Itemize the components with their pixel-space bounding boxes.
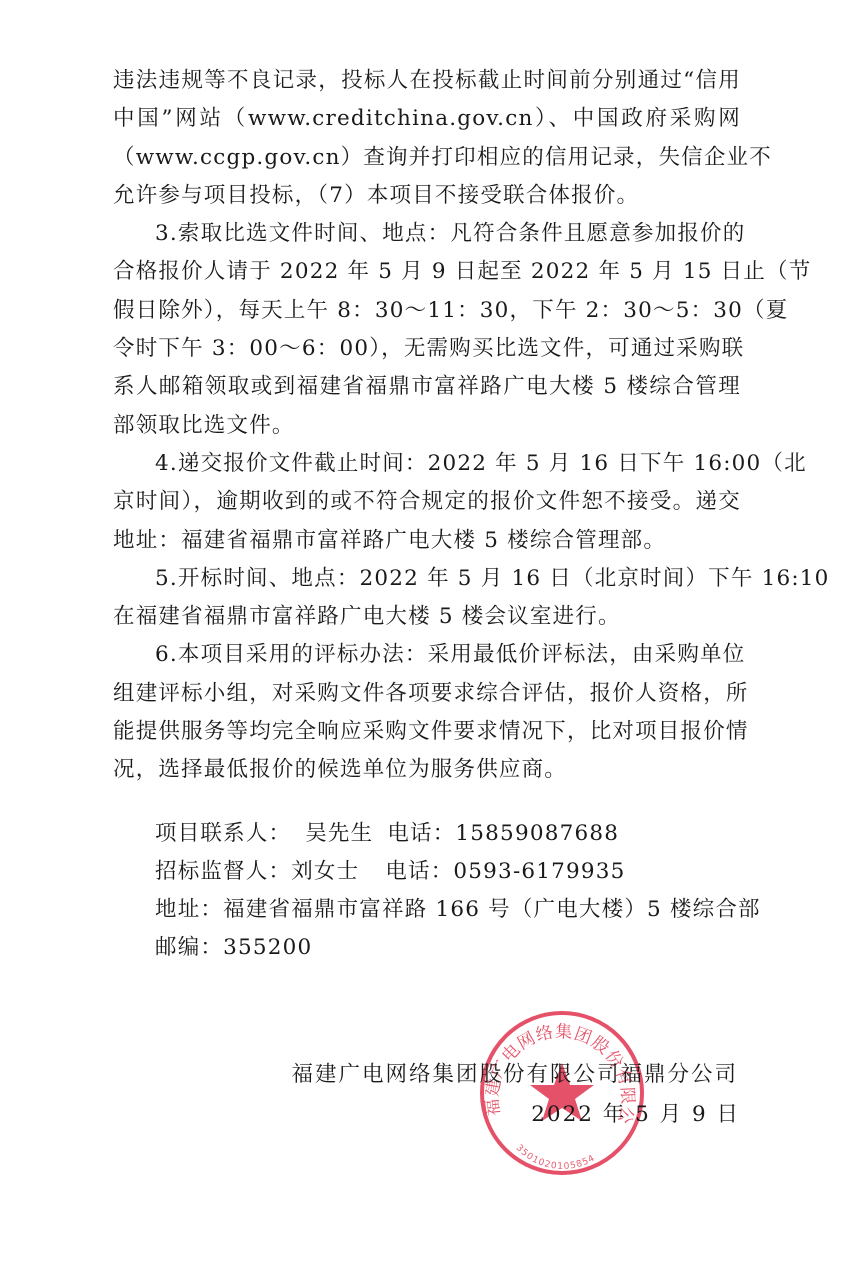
- text-line: 系人邮箱领取或到福建省福鼎市富祥路广电大楼 5 楼综合管理: [113, 368, 741, 406]
- address: 地址：福建省福鼎市富祥路 166 号（广电大楼）5 楼综合部: [155, 891, 761, 929]
- supervisor-name: 刘女士: [291, 859, 359, 884]
- text-line: 合格报价人请于 2022 年 5 月 9 日起至 2022 年 5 月 15 日…: [113, 253, 741, 291]
- text-line: 能提供服务等均完全响应采购文件要求情况下，比对项目报价情: [113, 713, 741, 751]
- postcode-value: 355200: [223, 935, 312, 960]
- text-line: （www.ccgp.gov.cn）查询并打印相应的信用记录，失信企业不: [113, 139, 741, 177]
- document-body: 违法违规等不良记录，投标人在投标截止时间前分别通过“信用 中国”网站（www.c…: [113, 62, 741, 790]
- project-contact-label: 项目联系人：: [155, 821, 291, 846]
- section-6-heading: 6.本项目采用的评标办法：采用最低价评标法，由采购单位: [113, 636, 741, 674]
- svg-text:3501020105854: 3501020105854: [514, 1143, 597, 1172]
- postcode: 邮编：355200: [155, 929, 312, 967]
- text-line: 组建评标小组，对采购文件各项要求综合评估，报价人资格，所: [113, 675, 741, 713]
- company-seal-icon: 福建广电网络集团股份有限公司福鼎分公司 3501020105854: [470, 1005, 650, 1180]
- text-line: 京时间），逾期收到的或不符合规定的报价文件恕不接受。递交: [113, 483, 741, 521]
- supervisor-label: 招标监督人：: [155, 859, 291, 884]
- postcode-label: 邮编：: [155, 935, 223, 960]
- text-line: 违法违规等不良记录，投标人在投标截止时间前分别通过“信用: [113, 62, 741, 100]
- text-line: 假日除外），每天上午 8：30～11：30，下午 2：30～5：30（夏: [113, 292, 741, 330]
- supervisor-phone: 0593-6179935: [453, 859, 625, 884]
- text-line: 令时下午 3：00～6：00），无需购买比选文件，可通过采购联: [113, 330, 741, 368]
- supervisor-contact: 招标监督人：刘女士电话：0593-6179935: [155, 853, 626, 891]
- text-line: 允许参与项目投标，（7）本项目不接受联合体报价。: [113, 177, 741, 215]
- address-label: 地址：: [155, 897, 223, 922]
- text-line: 地址：福建省福鼎市富祥路广电大楼 5 楼综合管理部。: [113, 522, 741, 560]
- text-line: 部领取比选文件。: [113, 407, 741, 445]
- signature-date: 2022 年 5 月 9 日: [531, 1097, 740, 1128]
- section-3-heading: 3.索取比选文件时间、地点：凡符合条件且愿意参加报价的: [113, 215, 741, 253]
- signature-company: 福建广电网络集团股份有限公司福鼎分公司: [291, 1057, 738, 1088]
- text-line: 中国”网站（www.creditchina.gov.cn）、中国政府采购网: [113, 100, 741, 138]
- section-5-heading: 5.开标时间、地点：2022 年 5 月 16 日（北京时间）下午 16:10: [113, 560, 741, 598]
- project-contact-phone: 15859087688: [455, 821, 619, 846]
- project-contact: 项目联系人：吴先生电话：15859087688: [155, 815, 619, 853]
- text-line: 在福建省福鼎市富祥路广电大楼 5 楼会议室进行。: [113, 598, 741, 636]
- address-value: 福建省福鼎市富祥路 166 号（广电大楼）5 楼综合部: [223, 897, 761, 922]
- text-line: 况，选择最低报价的候选单位为服务供应商。: [113, 751, 741, 789]
- section-4-heading: 4.递交报价文件截止时间：2022 年 5 月 16 日下午 16:00（北: [113, 445, 741, 483]
- phone-label: 电话：: [385, 859, 453, 884]
- project-contact-name: 吴先生: [305, 821, 373, 846]
- phone-label: 电话：: [387, 821, 455, 846]
